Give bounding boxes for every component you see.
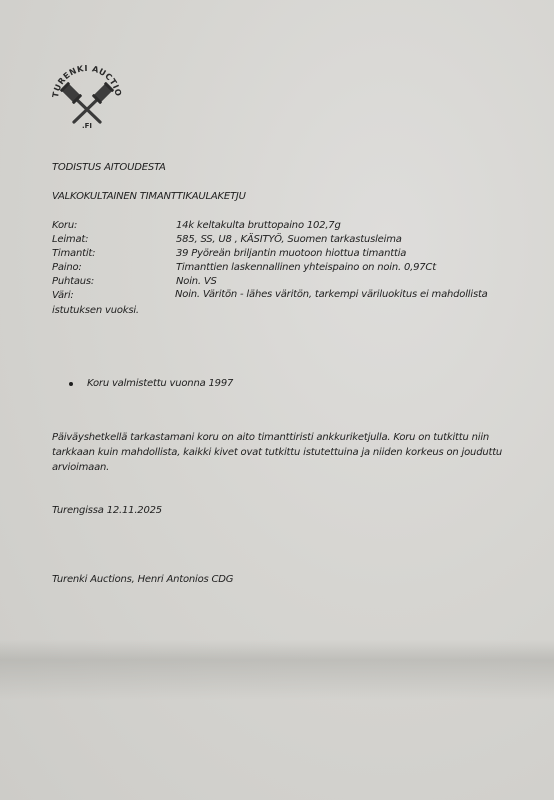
statement-line: arvioimaan. <box>52 460 512 475</box>
detail-value-puhtaus: Noin. VS <box>176 275 217 288</box>
turenki-auctions-logo: TURENKI AUCTIONS .FI <box>50 60 124 132</box>
detail-value-vari: Noin. Väritön - lähes väritön, tarkempi … <box>175 288 488 301</box>
place-and-date: Turengissa 12.11.2025 <box>52 504 162 517</box>
crossed-gavels-icon <box>60 82 115 122</box>
statement-line: tarkkaan kuin mahdollista, kaikki kivet … <box>52 445 512 460</box>
bullet-item-year: Koru valmistettu vuonna 1997 <box>87 377 233 390</box>
detail-value-leimat: 585, SS, U8 , KÄSITYÖ, Suomen tarkastusl… <box>176 233 402 246</box>
detail-value-vari-continuation: istutuksen vuoksi. <box>52 304 139 317</box>
item-title: VALKOKULTAINEN TIMANTTIKAULAKETJU <box>52 190 246 203</box>
bullet-point-icon <box>69 382 73 386</box>
detail-label-timantit: Timantit: <box>52 247 95 260</box>
detail-label-leimat: Leimat: <box>52 233 88 246</box>
svg-text:TURENKI AUCTIONS: TURENKI AUCTIONS <box>50 60 124 98</box>
logo-domain-text: .FI <box>82 122 92 130</box>
detail-value-paino: Timanttien laskennallinen yhteispaino on… <box>176 261 436 274</box>
detail-value-timantit: 39 Pyöreän briljantin muotoon hiottua ti… <box>176 247 406 260</box>
detail-label-paino: Paino: <box>52 261 82 274</box>
detail-label-koru: Koru: <box>52 219 77 232</box>
logo-brand-text: TURENKI AUCTIONS <box>50 60 124 98</box>
certificate-heading: TODISTUS AITOUDESTA <box>52 161 166 174</box>
signature-line: Turenki Auctions, Henri Antonios CDG <box>52 573 233 586</box>
inspection-statement: Päiväyshetkellä tarkastamani koru on ait… <box>52 430 512 475</box>
detail-label-puhtaus: Puhtaus: <box>52 275 94 288</box>
detail-label-vari: Väri: <box>52 289 74 302</box>
detail-value-koru: 14k keltakulta bruttopaino 102,7g <box>176 219 341 232</box>
statement-line: Päiväyshetkellä tarkastamani koru on ait… <box>52 430 512 445</box>
